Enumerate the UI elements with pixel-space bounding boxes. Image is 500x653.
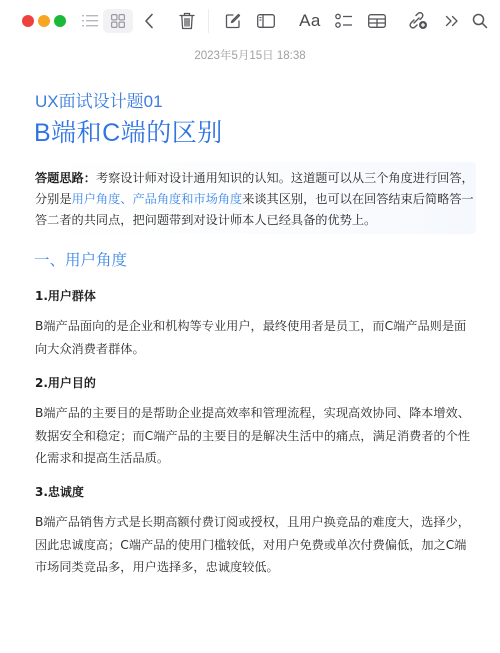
- collaborate-icon: [408, 12, 428, 30]
- format-text-button[interactable]: Aa: [295, 9, 325, 33]
- answer-approach-callout: 答题思路：考察设计师对设计通用知识的认知。这道题可以从三个角度进行回答，分别是用…: [28, 162, 476, 234]
- table-icon: [368, 14, 386, 28]
- back-chevron-icon: [144, 13, 154, 29]
- sidebar-toggle-button[interactable]: [254, 9, 278, 33]
- subsection-body-user-purpose: B端产品的主要目的是帮助企业提高效率和管理流程，实现高效协同、降本增效、数据安全…: [35, 402, 475, 470]
- subsection-heading-loyalty: 3.忠诚度: [35, 483, 84, 500]
- delete-button[interactable]: [175, 9, 199, 33]
- search-icon: [472, 13, 488, 29]
- note-timestamp: 2023年5月15日 18:38: [0, 47, 500, 63]
- search-button[interactable]: [468, 9, 492, 33]
- checklist-button[interactable]: [332, 9, 356, 33]
- note-subtitle: UX面试设计题01: [35, 87, 163, 112]
- compose-button[interactable]: [221, 9, 245, 33]
- callout-highlight: 用户角度、产品角度和市场角度: [72, 192, 243, 206]
- subsection-body-loyalty: B端产品销售方式是长期高额付费订阅或授权，且用户换竞品的难度大，选择少，因此忠诚…: [35, 511, 475, 579]
- subsection-body-user-group: B端产品面向的是企业和机构等专业用户，最终使用者是员工，而C端产品则是面向大众消…: [35, 315, 475, 360]
- subsection-heading-user-purpose: 2.用户目的: [35, 374, 96, 391]
- section-heading-user-perspective: 一、用户角度: [34, 248, 127, 270]
- window-toolbar: Aa: [0, 0, 500, 42]
- window-zoom-button[interactable]: [54, 15, 66, 27]
- table-button[interactable]: [365, 9, 389, 33]
- compose-icon: [225, 13, 241, 29]
- subsection-heading-user-group: 1.用户群体: [35, 287, 96, 304]
- checklist-icon: [335, 13, 353, 29]
- list-view-icon: [82, 14, 98, 28]
- callout-text: 答题思路：考察设计师对设计通用知识的认知。这道题可以从三个角度进行回答，分别是用…: [35, 168, 475, 231]
- gallery-view-button[interactable]: [103, 9, 133, 33]
- gallery-view-icon: [111, 14, 125, 28]
- collaborate-button[interactable]: [406, 9, 430, 33]
- window-minimize-button[interactable]: [38, 15, 50, 27]
- window-close-button[interactable]: [22, 15, 34, 27]
- back-button[interactable]: [137, 9, 161, 33]
- sidebar-toggle-icon: [257, 14, 275, 28]
- more-button[interactable]: [440, 9, 464, 33]
- format-text-icon: Aa: [299, 11, 321, 31]
- toolbar-divider: [208, 9, 209, 33]
- list-view-button[interactable]: [78, 9, 102, 33]
- more-chevrons-icon: [445, 15, 459, 27]
- note-title: B端和C端的区别: [34, 113, 223, 149]
- delete-trash-icon: [179, 12, 195, 30]
- callout-lead: 答题思路：: [35, 171, 96, 185]
